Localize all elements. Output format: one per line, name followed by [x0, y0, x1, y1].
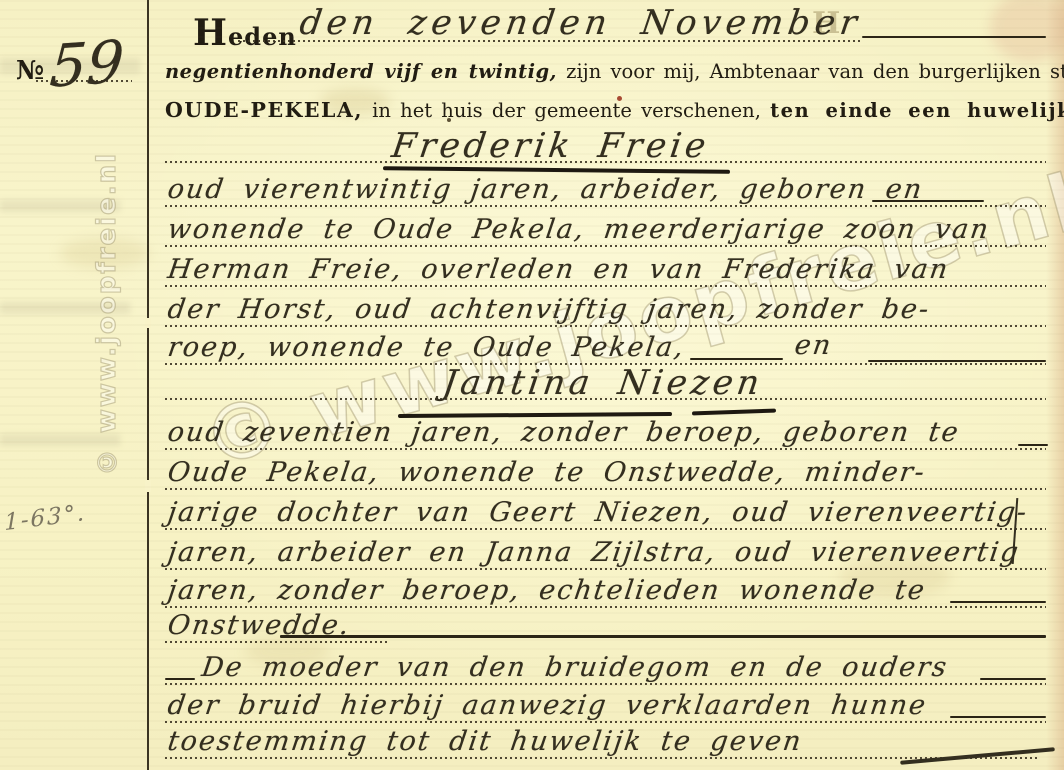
municipality-name: OUDE-PEKELA,	[165, 98, 363, 122]
groom-name-underline	[383, 166, 730, 174]
dotted-rule	[165, 721, 1046, 723]
date-handwritten: den zevenden November	[297, 3, 864, 43]
dotted-rule	[165, 606, 1046, 608]
dotted-rule	[165, 528, 1046, 530]
groom-line: wonende te Oude Pekela, meerderjarige zo…	[166, 214, 992, 245]
margin-divider-rule	[147, 0, 149, 770]
bride-name-underline	[692, 409, 776, 416]
groom-line: roep, wonende te Oude Pekela,	[166, 332, 687, 363]
consent-line: toestemming tot dit huwelijk te geven	[166, 726, 805, 757]
venue-phrase: in het huis der gemeente verschenen,	[372, 99, 761, 122]
bride-line: jaren, zonder beroep, echtelieden wonend…	[166, 575, 928, 606]
filler-stroke	[690, 358, 783, 360]
closing-stroke	[900, 747, 1055, 764]
dotted-rule	[165, 245, 1046, 247]
year-phrase: negentienhonderd vijf en twintig,	[165, 60, 557, 83]
dotted-rule	[165, 683, 1046, 685]
filler-stroke	[872, 200, 984, 202]
marriage-certificate-scan: № 59 1-63°. © www.joopfreie.nl © www.joo…	[0, 0, 1064, 770]
dotted-rule	[165, 325, 1046, 327]
rule-gap	[145, 318, 151, 328]
groom-line: der Horst, oud achtenvijftig jaren, zond…	[166, 294, 933, 325]
dotted-rule	[165, 205, 1046, 207]
bleedthrough-streak	[0, 302, 130, 314]
filler-stroke	[950, 716, 1046, 718]
dotted-rule	[165, 641, 390, 643]
groom-line: Herman Freie, overleden en van Frederika…	[166, 254, 952, 285]
header-line-3: OUDE-PEKELA, in het huis der gemeente ve…	[165, 98, 1049, 122]
purpose-phrase: ten einde een huwelijk aan te gaan :	[770, 99, 1064, 122]
filler-stroke-long	[280, 635, 1046, 638]
consent-line: der bruid hierbij aanwezig verklaarden h…	[166, 690, 929, 721]
groom-conjunction: en	[793, 330, 835, 361]
bleedthrough-streak	[0, 200, 120, 212]
bride-line: jaren, arbeider en Janna Zijlstra, oud v…	[166, 537, 1022, 568]
filler-stroke	[1018, 444, 1048, 446]
bleedthrough-streak	[0, 434, 120, 446]
dotted-rule	[165, 757, 1040, 759]
bride-name: Jantina Niezen	[440, 363, 766, 403]
date-rule-solid	[862, 36, 1046, 38]
indent-dash	[165, 678, 195, 680]
header-line-2: negentienhonderd vijf en twintig, zijn v…	[165, 60, 1049, 83]
dotted-rule	[165, 488, 1046, 490]
watermark-vertical: © www.joopfreie.nl	[92, 152, 122, 476]
bride-line: jarige dochter van Geert Niezen, oud vie…	[166, 497, 1030, 528]
groom-name: Frederik Freie	[389, 126, 712, 166]
paper-stain	[60, 238, 150, 268]
pencil-annotation: 1-63°.	[4, 500, 86, 536]
filler-stroke	[868, 360, 1046, 362]
filler-stroke	[980, 678, 1046, 680]
consent-line: De moeder van den bruidegom en de ouders	[200, 652, 950, 683]
rule-gap	[145, 480, 151, 492]
dotted-rule	[165, 285, 1046, 287]
filler-stroke	[950, 601, 1046, 603]
act-number: 59	[48, 27, 126, 101]
bride-line: oud zeventien jaren, zonder beroep, gebo…	[166, 417, 962, 448]
official-phrase: zijn voor mij, Ambtenaar van den burgerl…	[566, 60, 1064, 83]
dotted-rule	[165, 568, 1046, 570]
bride-line: Oude Pekela, wonende te Onstwedde, minde…	[166, 457, 928, 488]
dotted-rule	[165, 448, 1046, 450]
groom-line: oud vierentwintig jaren, arbeider, gebor…	[166, 174, 926, 205]
heden-label: Heden	[193, 12, 297, 54]
